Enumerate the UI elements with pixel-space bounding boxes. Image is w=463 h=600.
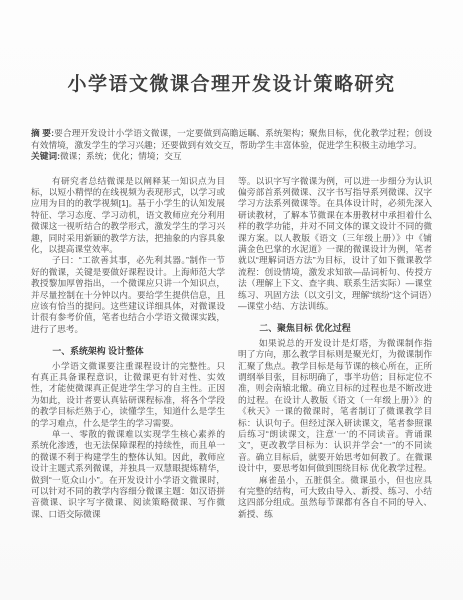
paragraph-section2-a: 如果说总的开发设计是灯塔，为微课制作指明了方向，那么教学目标则是聚光灯，为微课制… bbox=[238, 338, 432, 475]
paragraph-section1-b: 单一、零散的微课难以实现学生核心素养的系统化渗透，也无法保障课程的持续性，而且单… bbox=[31, 429, 225, 520]
right-column: 等。以识字写字微课为例，可以进一步细分为认识偏旁部首系列微课、汉字书写指导系列微… bbox=[238, 176, 432, 521]
paragraph-section1-b-continued: 等。以识字写字微课为例，可以进一步细分为认识偏旁部首系列微课、汉字书写指导系列微… bbox=[238, 176, 432, 313]
paragraph-section2-b: 麻雀虽小，五脏俱全。微课虽小，但也应具有完整的结构，可大致由导入、新授、练习、小… bbox=[238, 475, 432, 521]
two-column-body: 有研究者总结微课是以阐释某一知识点为目标，以短小精悍的在线视频为表现形式，以学习… bbox=[31, 176, 432, 521]
scanned-paper-page: 小学语文微课合理开发设计策略研究 摘 要:要合理开发设计小学语文微课，一定要做到… bbox=[0, 0, 463, 600]
left-column: 有研究者总结微课是以阐释某一知识点为目标，以短小精悍的在线视频为表现形式，以学习… bbox=[31, 176, 225, 521]
paragraph-intro: 有研究者总结微课是以阐释某一知识点为目标，以短小精悍的在线视频为表现形式，以学习… bbox=[31, 176, 225, 256]
abstract-label: 摘 要: bbox=[31, 128, 54, 138]
paragraph-section1-a: 小学语文微课要注重课程设计的完整性。只有真正具备课程意识，让微课更有针对性、实效… bbox=[31, 361, 225, 429]
section-heading-2: 二、聚焦目标 优化过程 bbox=[238, 323, 432, 334]
keywords: 关键词:微课；系统；优化；情境；交互 bbox=[31, 151, 432, 163]
paragraph-quote-confucius: 子曰：“工欲善其事，必先利其器。”制作一节好的微课，关键是要做好课程设计。上海师… bbox=[31, 255, 225, 335]
section-heading-1: 一、系统架构 设计整体 bbox=[31, 346, 225, 357]
keywords-text: 微课；系统；优化；情境；交互 bbox=[60, 151, 182, 161]
abstract: 摘 要:要合理开发设计小学语文微课，一定要做到高瞻远瞩、系统架构；聚焦目标，优化… bbox=[31, 128, 432, 151]
keywords-label: 关键词: bbox=[31, 151, 60, 161]
abstract-text: 要合理开发设计小学语文微课，一定要做到高瞻远瞩、系统架构；聚焦目标，优化教学过程… bbox=[31, 128, 432, 150]
paper-title: 小学语文微课合理开发设计策略研究 bbox=[31, 72, 432, 98]
